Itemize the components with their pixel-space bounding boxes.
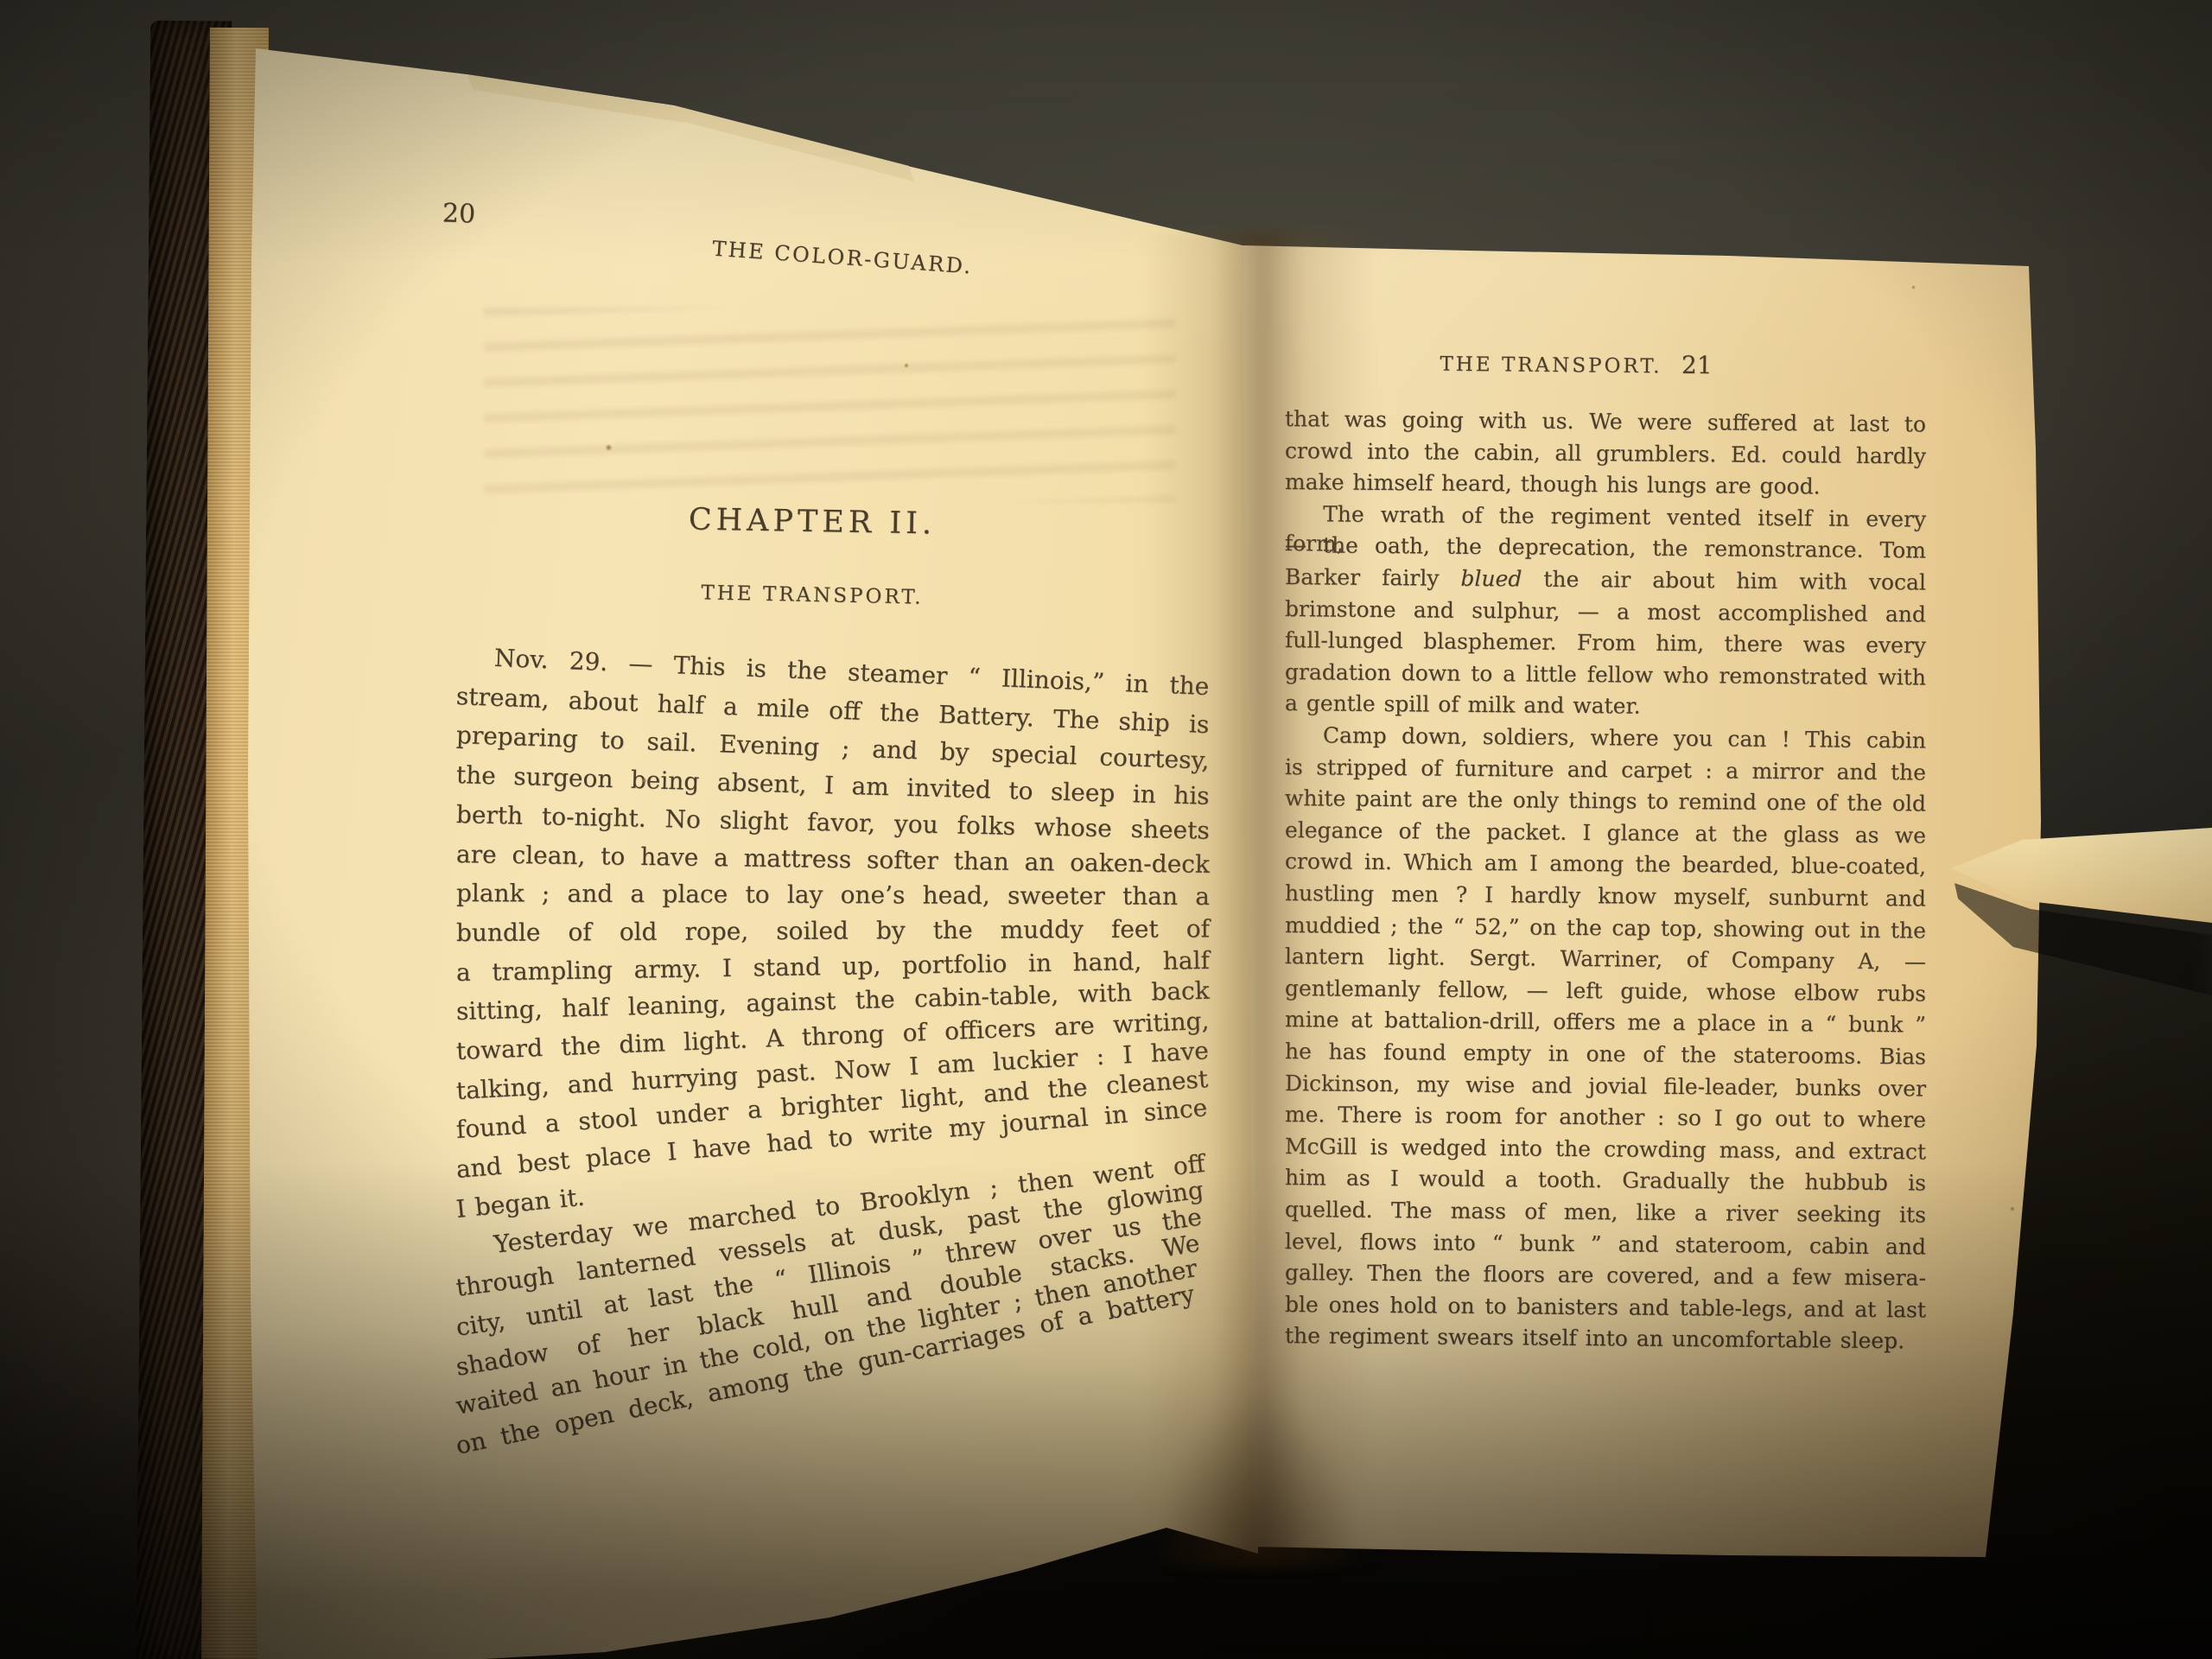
foxing-spot xyxy=(1911,285,1916,289)
text-line: Dickinson, my wise and jovial file-leade… xyxy=(1285,1069,1926,1103)
right-running-head: THE TRANSPORT. xyxy=(1427,353,1675,378)
text-line: elegance of the packet. I glance at the … xyxy=(1285,816,1926,850)
text-line: white paint are the only things to remin… xyxy=(1285,784,1926,818)
text-line: he has found empty in one of the statero… xyxy=(1285,1037,1926,1071)
text-line: galley. Then the floors are covered, and… xyxy=(1285,1258,1926,1293)
text-line: quelled. The mass of men, like a river s… xyxy=(1285,1195,1926,1230)
text-line: level, flows into “ bunk ” and stateroom… xyxy=(1285,1227,1926,1262)
foxing-spot xyxy=(904,363,909,368)
text-line: that was going with us. We were suffered… xyxy=(1285,404,1926,439)
text-line: Barker fairly blued the air about him wi… xyxy=(1285,563,1926,597)
text-line: mine at battalion-drill, offers me a pla… xyxy=(1285,1005,1926,1039)
text-line: gradation down to a little fellow who re… xyxy=(1285,658,1926,692)
text-line: hustling men ? I hardly know myself, sun… xyxy=(1285,879,1926,913)
chapter-heading: CHAPTER II. xyxy=(667,502,958,542)
text-line: make himself heard, though his lungs are… xyxy=(1285,467,1926,502)
text-line: full-lunged blasphemer. From him, there … xyxy=(1285,626,1926,660)
text-line: gentlemanly fellow, — left guide, whose … xyxy=(1285,974,1926,1008)
gutter-bottom-shadow xyxy=(1149,1313,1365,1564)
text-line: brimstone and sulphur, — a most accompli… xyxy=(1285,594,1926,629)
right-page-folio: 21 xyxy=(1681,351,1713,379)
foxing-spot xyxy=(605,444,613,451)
text-line: lantern light. Sergt. Warriner, of Compa… xyxy=(1285,942,1926,976)
text-line: McGill is wedged into the crowding mass,… xyxy=(1285,1132,1926,1166)
text-line: a gentle spill of milk and water. xyxy=(1285,689,1926,723)
text-line: is stripped of furniture and carpet : a … xyxy=(1285,753,1926,787)
text-line: ble ones hold on to banisters and table-… xyxy=(1285,1290,1926,1325)
text-line: me. There is room for another : so I go … xyxy=(1285,1100,1926,1135)
text-line: plank ; and a place to lay one’s head, s… xyxy=(456,876,1210,914)
text-line: — the oath, the deprecation, the remonst… xyxy=(1285,531,1926,565)
foxing-spot xyxy=(2010,1206,2015,1211)
book-photo-scene: 20 THE COLOR-GUARD. CHAPTER II. THE TRAN… xyxy=(0,0,2212,1659)
text-line: crowd in. Which am I among the bearded, … xyxy=(1285,847,1926,881)
foxing-spot xyxy=(641,778,647,784)
text-line: him as I would a tooth. Gradually the hu… xyxy=(1285,1163,1926,1198)
text-line: crowd into the cabin, all grumblers. Ed.… xyxy=(1285,436,1926,471)
text-line: the regiment swears itself into an uncom… xyxy=(1285,1321,1926,1356)
show-through-ghost-text xyxy=(484,308,1175,502)
text-line: muddied ; the “ 52,” on the cap top, sho… xyxy=(1285,911,1926,945)
left-page-folio: 20 xyxy=(442,198,475,229)
text-line: Camp down, soldiers, where you can ! Thi… xyxy=(1285,721,1926,755)
